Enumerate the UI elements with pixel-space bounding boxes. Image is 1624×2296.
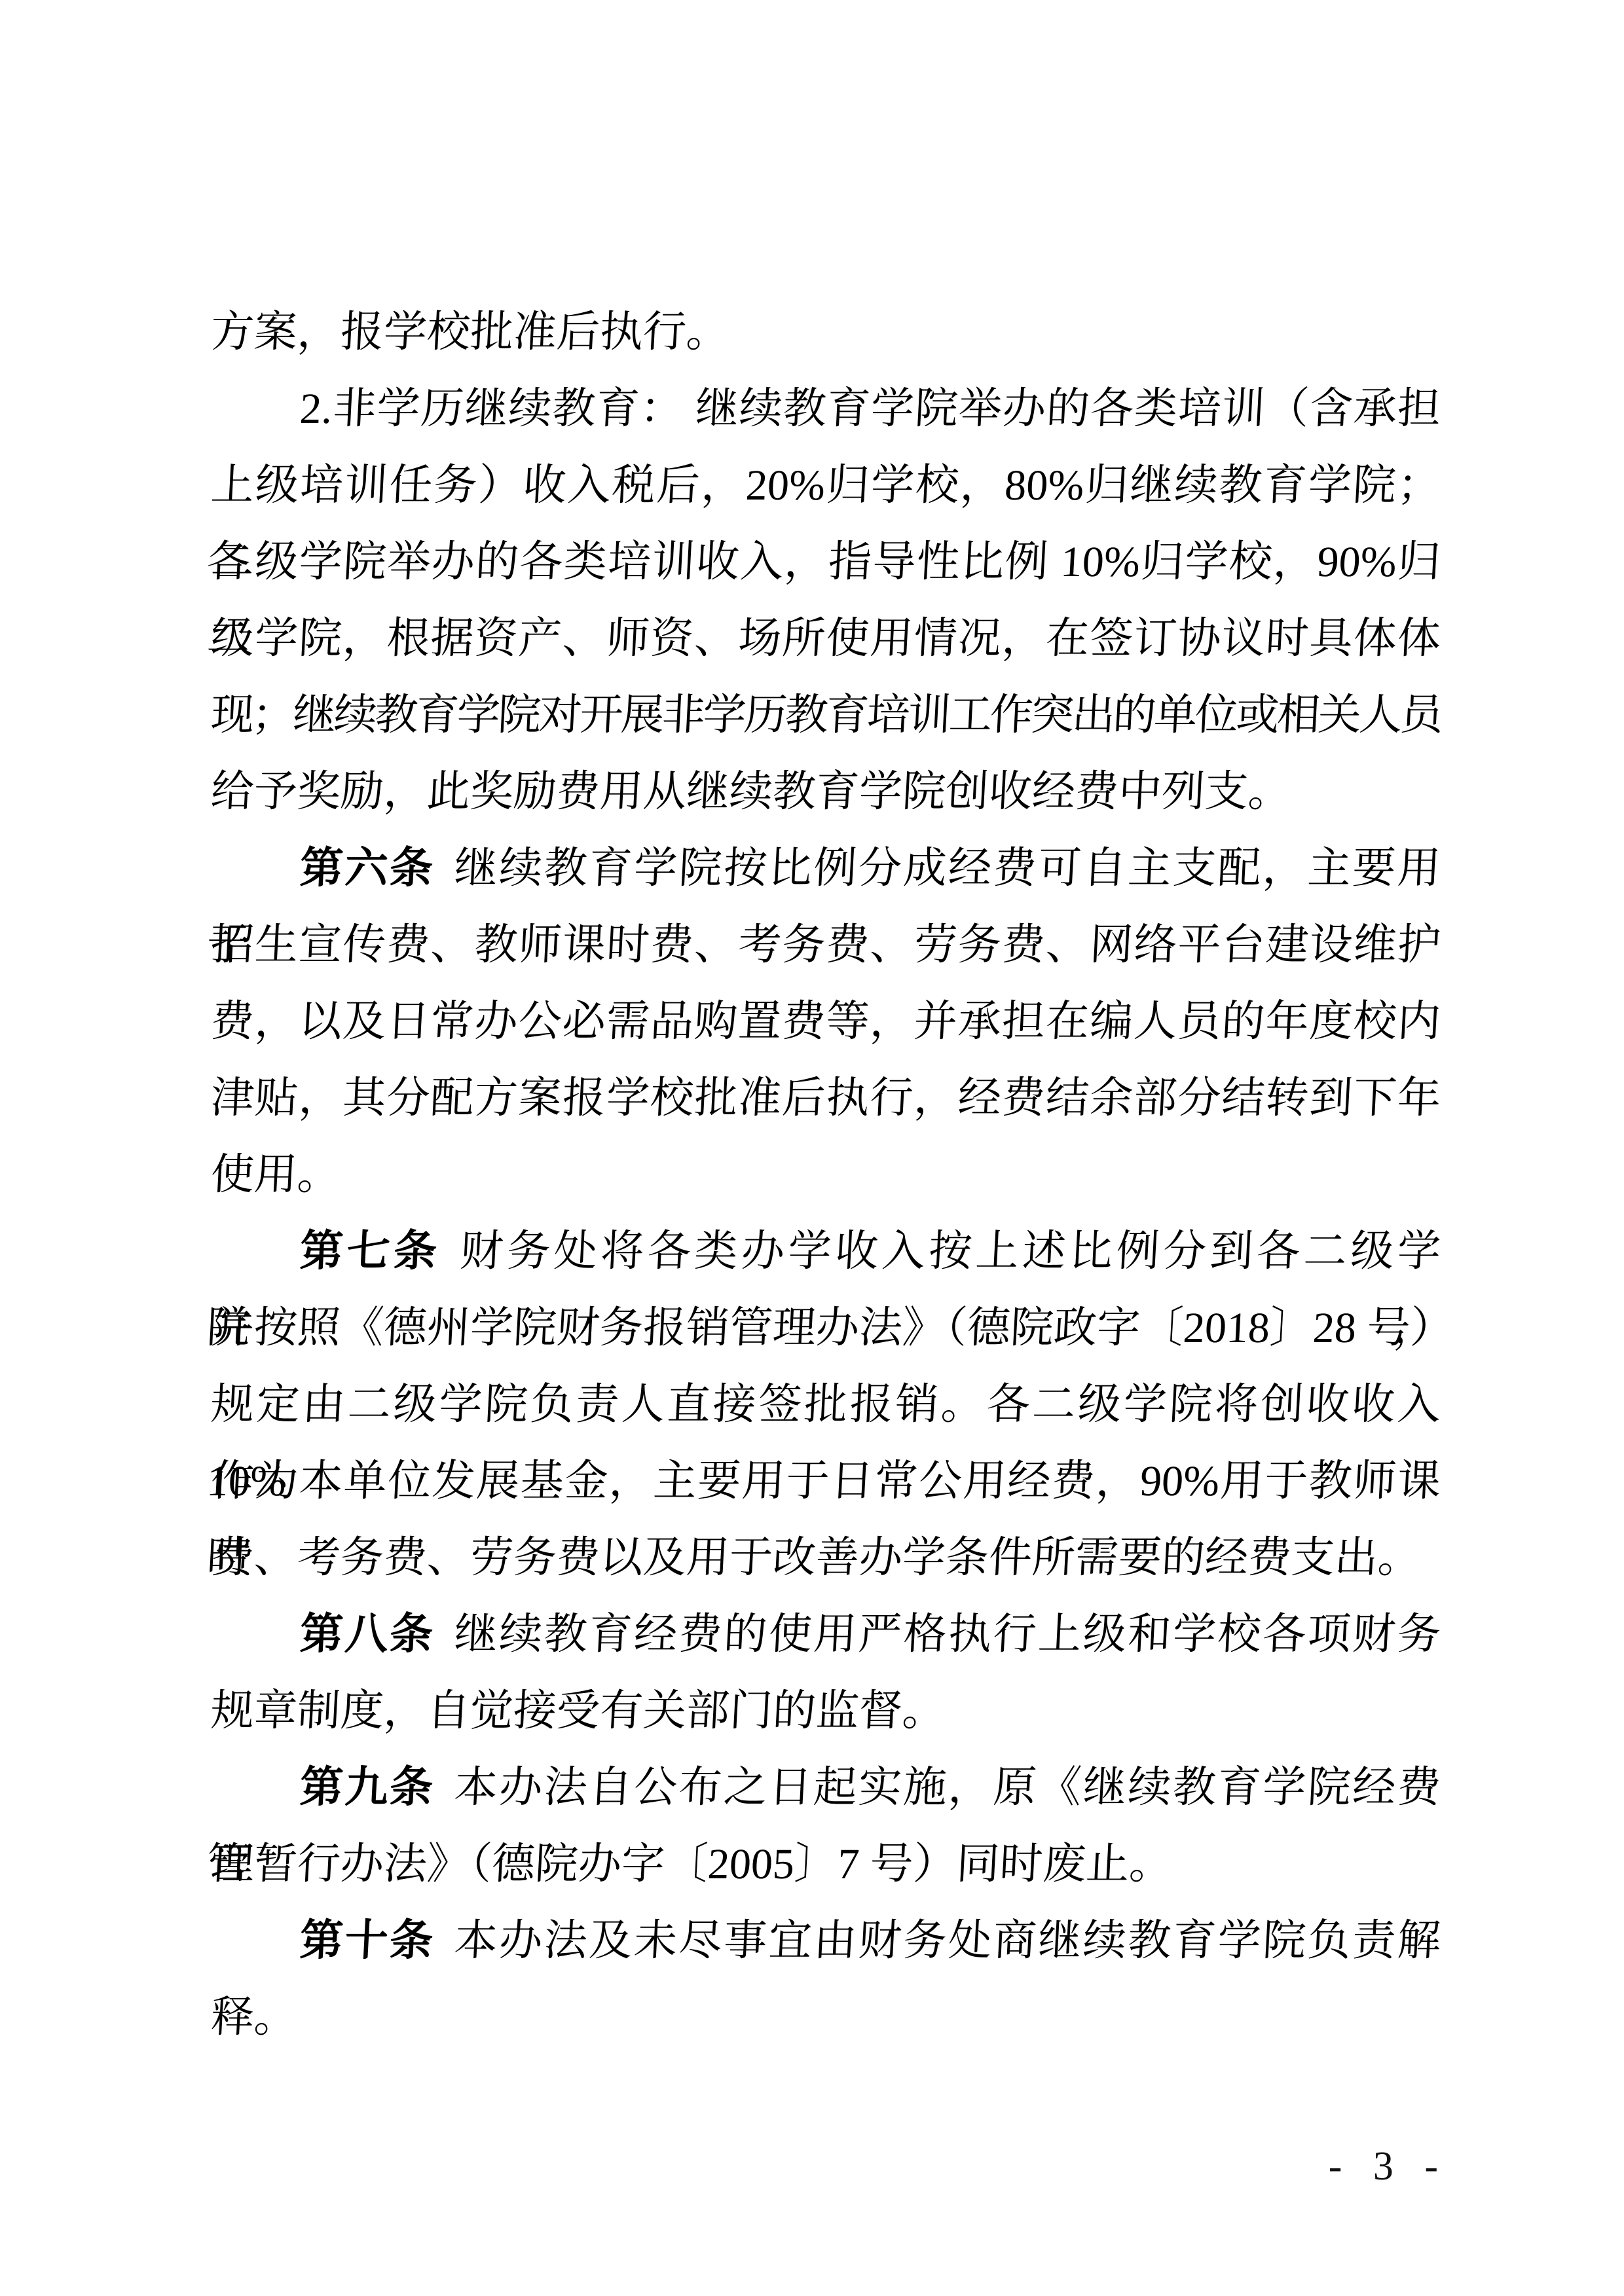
line-text: 释。	[210, 1994, 299, 2041]
line-text: 费、考务费、劳务费以及用于改善办学条件所需要的经费支出。	[210, 1534, 1422, 1582]
text-line: 级学院，根据资产、师资、场所使用情况，在签订协议时具体体	[209, 600, 1443, 677]
line-text: 并按照《德州学院财务报销管理办法》（德院政字〔2018〕28 号）	[210, 1304, 1454, 1352]
text-line: 费，以及日常办公必需品购置费等，并承担在编人员的年度校内	[209, 983, 1443, 1060]
text-line: 第九条本办法自公布之日起实施，原《继续教育学院经费管	[209, 1749, 1443, 1826]
text-line: 作为本单位发展基金，主要用于日常公用经费，90%用于教师课时	[209, 1443, 1443, 1520]
line-text: 招生宣传费、教师课时费、考务费、劳务费、网络平台建设维护	[210, 921, 1442, 969]
page-number: - 3 -	[1329, 2146, 1442, 2187]
line-text: 费，以及日常办公必需品购置费等，并承担在编人员的年度校内	[210, 998, 1442, 1046]
text-line: 方案，报学校批准后执行。	[209, 294, 1443, 371]
text-line: 并按照《德州学院财务报销管理办法》（德院政字〔2018〕28 号）	[209, 1290, 1443, 1366]
text-line: 上级培训任务）收入税后，20%归学校，80%归继续教育学院；各	[209, 447, 1443, 524]
text-line: 津贴，其分配方案报学校批准后执行，经费结余部分结转到下年	[209, 1060, 1443, 1137]
line-text: 现；继续教育学院对开展非学历教育培训工作突出的单位或相关人员	[210, 691, 1442, 739]
line-text: 方案，报学校批准后执行。	[210, 308, 731, 356]
line-text: 本办法及未尽事宜由财务处商继续教育学院负责解	[453, 1917, 1442, 1965]
text-line: 现；继续教育学院对开展非学历教育培训工作突出的单位或相关人员	[209, 677, 1443, 754]
line-text: 给予奖励，此奖励费用从继续教育学院创收经费中列支。	[210, 768, 1293, 816]
article-number: 第十条	[299, 1917, 436, 1965]
line-text: 级学院，根据资产、师资、场所使用情况，在签订协议时具体体	[210, 615, 1442, 663]
line-text: 津贴，其分配方案报学校批准后执行，经费结余部分结转到下年	[210, 1074, 1442, 1122]
document-body: 方案，报学校批准后执行。2.非学历继续教育： 继续教育学院举办的各类培训（含承担…	[211, 294, 1441, 2056]
document-page: 方案，报学校批准后执行。2.非学历继续教育： 继续教育学院举办的各类培训（含承担…	[0, 0, 1624, 2296]
article-number: 第八条	[299, 1611, 436, 1658]
text-line: 第七条财务处将各类办学收入按上述比例分到各二级学院，	[209, 1213, 1443, 1290]
article-number: 第六条	[299, 845, 436, 892]
line-text: 继续教育经费的使用严格执行上级和学校各项财务	[453, 1611, 1442, 1658]
text-line: 释。	[209, 1979, 1443, 2056]
text-line: 给予奖励，此奖励费用从继续教育学院创收经费中列支。	[209, 754, 1443, 830]
text-line: 第六条继续教育学院按比例分成经费可自主支配，主要用于	[209, 830, 1443, 907]
line-text: 规章制度，自觉接受有关部门的监督。	[210, 1687, 947, 1735]
text-line: 2.非学历继续教育： 继续教育学院举办的各类培训（含承担	[209, 371, 1443, 447]
line-text: 2.非学历继续教育： 继续教育学院举办的各类培训（含承担	[299, 385, 1442, 433]
text-line: 第八条继续教育经费的使用严格执行上级和学校各项财务	[209, 1596, 1443, 1673]
text-line: 使用。	[209, 1137, 1443, 1213]
text-line: 二级学院举办的各类培训收入，指导性比例 10%归学校，90%归二	[209, 524, 1443, 600]
text-line: 第十条本办法及未尽事宜由财务处商继续教育学院负责解	[209, 1903, 1443, 1979]
line-text: 理暂行办法》（德院办字〔2005〕7 号）同时废止。	[210, 1840, 1173, 1888]
text-line: 规章制度，自觉接受有关部门的监督。	[209, 1673, 1443, 1749]
text-line: 招生宣传费、教师课时费、考务费、劳务费、网络平台建设维护	[209, 907, 1443, 983]
text-line: 费、考务费、劳务费以及用于改善办学条件所需要的经费支出。	[209, 1520, 1443, 1596]
article-number: 第九条	[299, 1764, 436, 1812]
text-line: 规定由二级学院负责人直接签批报销。各二级学院将创收收入 10%	[209, 1366, 1443, 1443]
text-line: 理暂行办法》（德院办字〔2005〕7 号）同时废止。	[209, 1826, 1443, 1903]
article-number: 第七条	[299, 1228, 442, 1275]
line-text: 使用。	[210, 1151, 342, 1199]
